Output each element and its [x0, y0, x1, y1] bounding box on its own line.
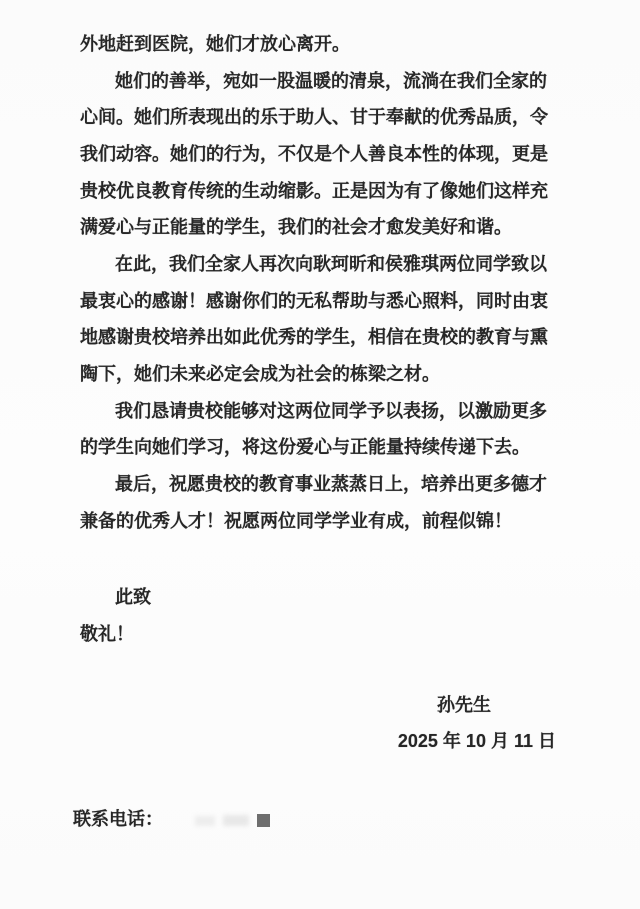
closing-salutation: 敬礼！	[80, 616, 558, 653]
contact-line: 联系电话：	[73, 801, 558, 838]
body-line-10: 陶下，她们未来必定会成为社会的栋梁之材。	[80, 356, 558, 393]
body-line-3: 心间。她们所表现出的乐于助人、甘于奉献的优秀品质，令	[80, 99, 558, 136]
body-line-2: 她们的善举，宛如一股温暖的清泉，流淌在我们全家的	[80, 63, 558, 100]
letter-page: 外地赶到医院，她们才放心离开。 她们的善举，宛如一股温暖的清泉，流淌在我们全家的…	[0, 0, 640, 909]
redacted-phone-block	[257, 814, 270, 827]
body-line-11: 我们恳请贵校能够对这两位同学予以表扬，以激励更多	[80, 393, 558, 430]
body-line-8: 最衷心的感谢！感谢你们的无私帮助与悉心照料，同时由衷	[80, 283, 558, 320]
contact-label: 联系电话：	[73, 809, 163, 829]
body-line-1: 外地赶到医院，她们才放心离开。	[80, 26, 558, 63]
redacted-phone-smudge	[223, 815, 249, 826]
letter-body: 外地赶到医院，她们才放心离开。 她们的善举，宛如一股温暖的清泉，流淌在我们全家的…	[80, 26, 558, 837]
body-line-6: 满爱心与正能量的学生，我们的社会才愈发美好和谐。	[80, 209, 558, 246]
body-line-5: 贵校优良教育传统的生动缩影。正是因为有了像她们这样充	[80, 173, 558, 210]
body-line-4: 我们动容。她们的行为，不仅是个人善良本性的体现，更是	[80, 136, 558, 173]
signature-name: 孙先生	[80, 687, 558, 724]
body-line-13: 最后，祝愿贵校的教育事业蒸蒸日上，培养出更多德才	[80, 466, 558, 503]
redacted-phone-smudge	[195, 816, 215, 826]
letter-date: 2025 年 10 月 11 日	[80, 723, 558, 760]
closing-salute: 此致	[80, 579, 558, 616]
body-line-12: 的学生向她们学习，将这份爱心与正能量持续传递下去。	[80, 429, 558, 466]
body-line-7: 在此，我们全家人再次向耿珂昕和侯雅琪两位同学致以	[80, 246, 558, 283]
body-line-14: 兼备的优秀人才！祝愿两位同学学业有成，前程似锦！	[80, 503, 558, 540]
body-line-9: 地感谢贵校培养出如此优秀的学生，相信在贵校的教育与熏	[80, 319, 558, 356]
